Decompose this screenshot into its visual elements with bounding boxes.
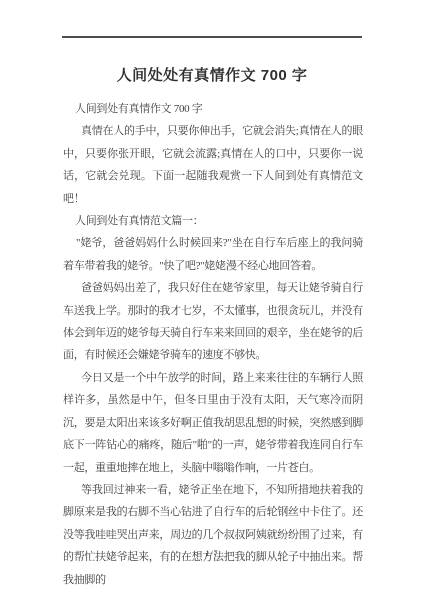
document-body: 人间到处有真情作文 700 字 真情在人的手中，只要你伸出手，它就会消失;真情在… — [63, 98, 363, 591]
paragraph-body-3: 等我回过神来一看，姥爷正坐在地下，不知所措地扶着我的脚原来是我的右脚不当心钻进了… — [63, 479, 363, 591]
document-page: 人间处处有真情作文 700 字 人间到处有真情作文 700 字 真情在人的手中，… — [0, 0, 424, 600]
document-title: 人间处处有真情作文 700 字 — [0, 64, 424, 85]
paragraph-body-1: 爸爸妈妈出差了，我只好住在姥爷家里，每天让姥爷骑自行车送我上学。那时的我才七岁，… — [63, 277, 363, 367]
title-divider — [62, 36, 362, 38]
paragraph-body-2: 今日又是一个中午放学的时间，路上来来往往的车辆行人照样许多，虽然是中午，但冬日里… — [63, 367, 363, 479]
paragraph-dialogue: "姥爷，爸爸妈妈什么时候回来?"坐在自行车后座上的我问骑着车带着我的姥爷。"快了… — [63, 232, 363, 277]
paragraph-section-heading: 人间到处有真情范文篇一： — [63, 210, 363, 232]
paragraph-intro: 真情在人的手中，只要你伸出手，它就会消失;真情在人的眼中，只要你张开眼，它就会流… — [63, 120, 363, 210]
essay-subtitle: 人间到处有真情作文 700 字 — [63, 98, 363, 120]
page-number: 1/7 — [0, 549, 424, 558]
